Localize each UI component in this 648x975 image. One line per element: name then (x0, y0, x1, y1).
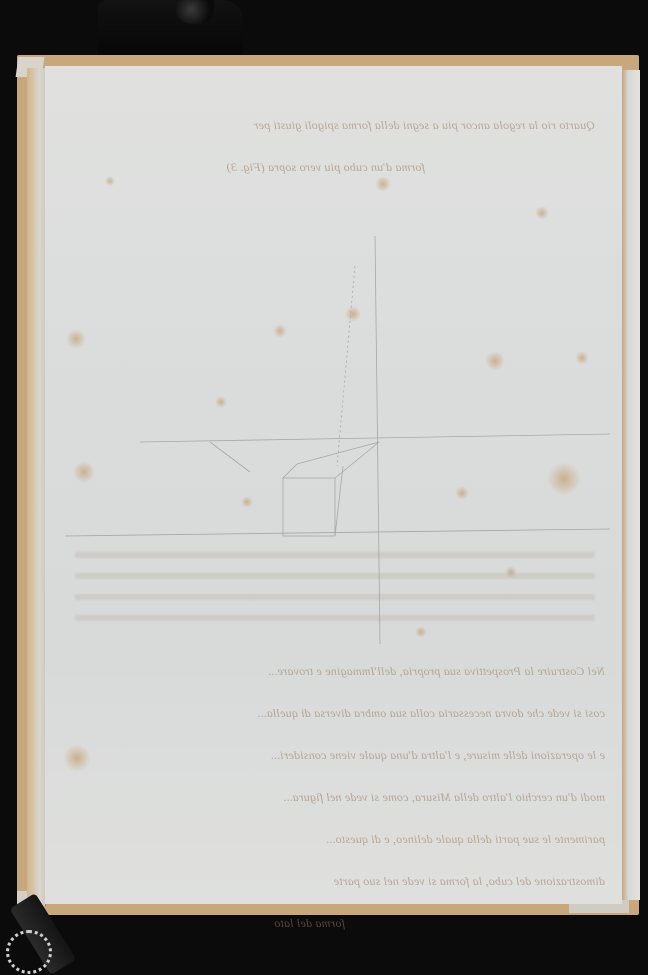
body-showthrough-text: Nel Costruire la Prospettiva sua propria… (65, 640, 605, 955)
manuscript-page: Quarto rio la regola ancor piu a segni d… (45, 66, 622, 904)
body-line: dimostrazione del cubo, la forma si vede… (65, 871, 605, 892)
body-line: forma del lato (65, 913, 605, 934)
header-line-2: forma d'un cubo piu vero sopra (Fig. 3) (85, 157, 595, 178)
body-line: cosi si vede che dovra necessaria colla … (65, 703, 605, 724)
body-line: modi d'un cerchio l'altro della Misura, … (65, 787, 605, 808)
body-line: Nel Costruire la Prospettiva sua propria… (65, 661, 605, 682)
header-showthrough-text: Quarto rio la regola ancor piu a segni d… (85, 94, 595, 199)
header-line-1: Quarto rio la regola ancor piu a segni d… (85, 115, 595, 136)
page-edge-right (622, 70, 640, 900)
clip-knob (176, 0, 214, 24)
body-line: parimente le sue parti della quale delin… (65, 829, 605, 850)
bead-chain-weight (6, 930, 52, 974)
body-line: e le operazioni delle misure, e l'altra … (65, 745, 605, 766)
book-clip-top (98, 0, 243, 62)
binding-gutter (27, 68, 46, 906)
